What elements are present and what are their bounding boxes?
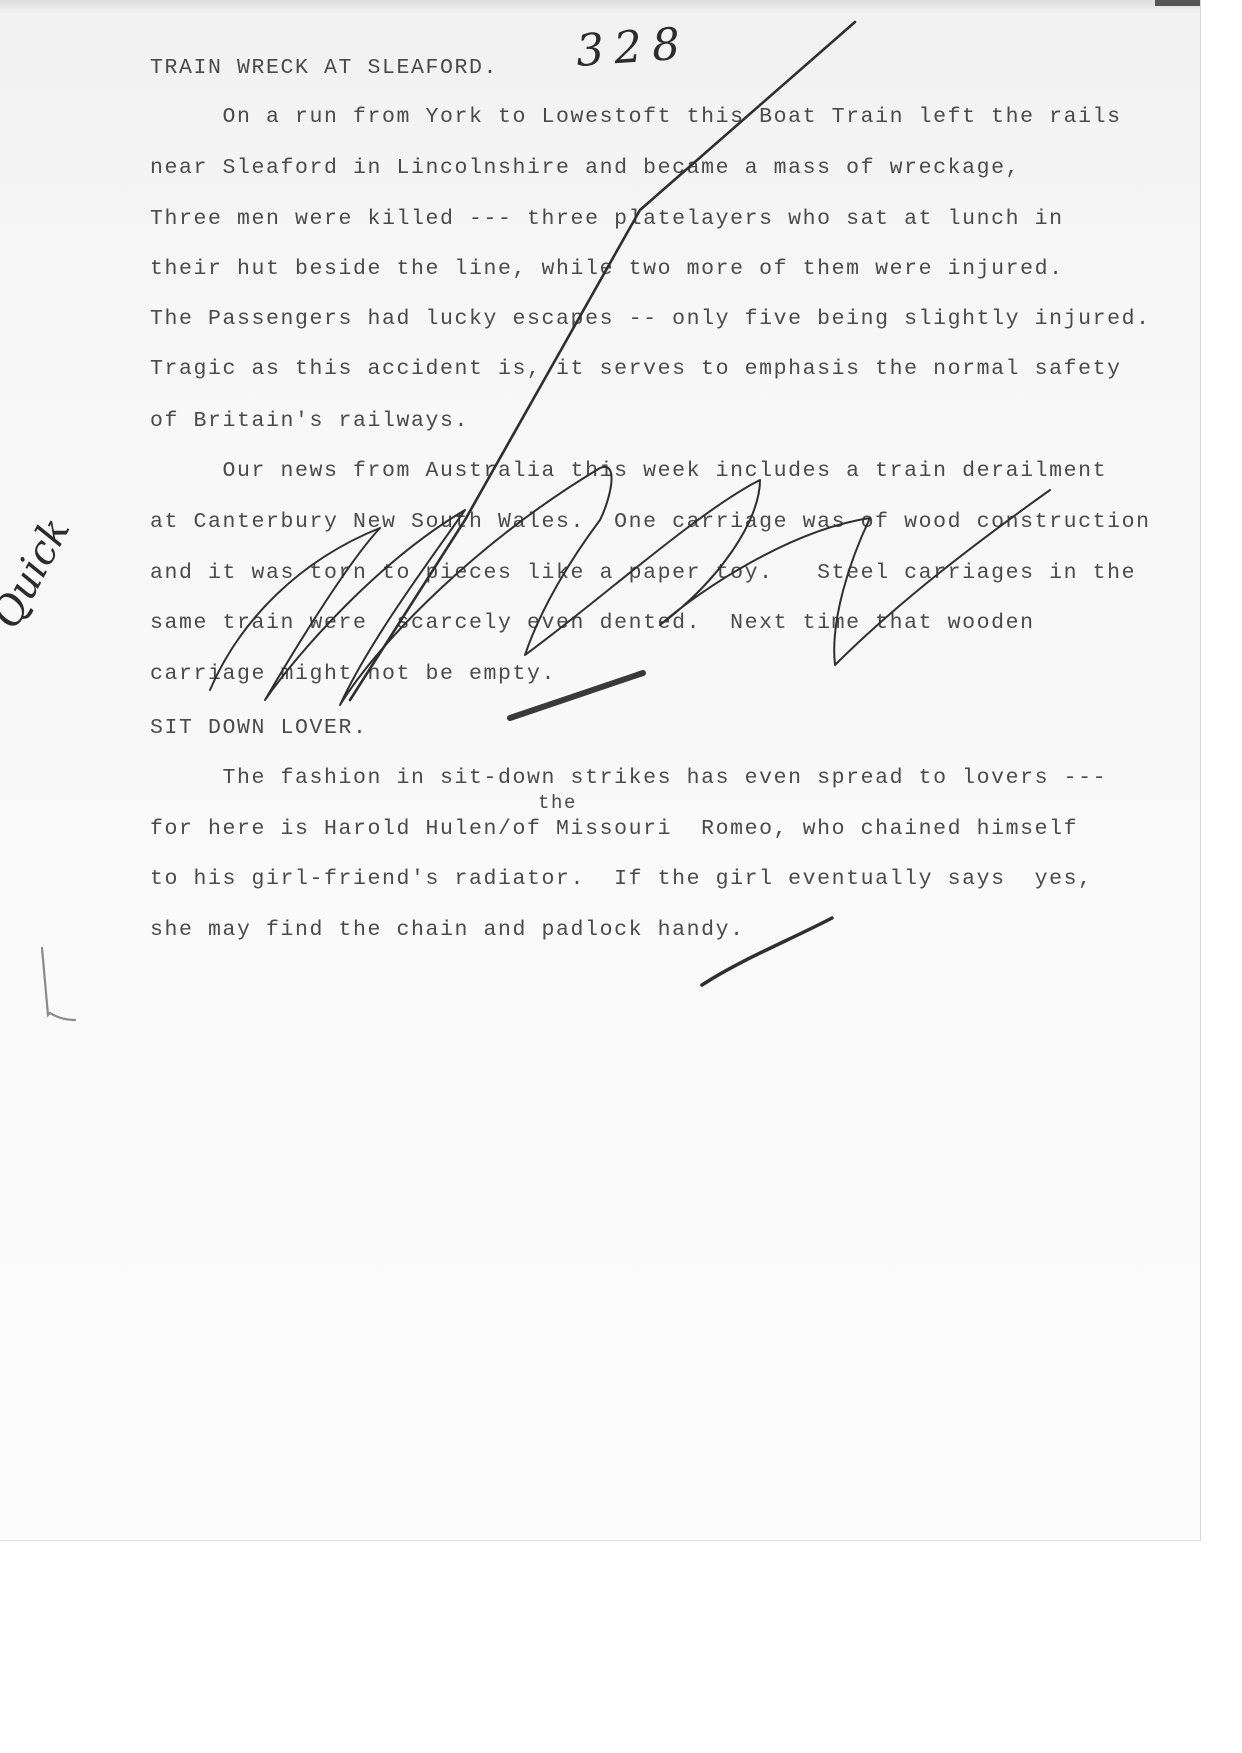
document-page: TRAIN WRECK AT SLEAFORD. 328 On a run fr… xyxy=(0,0,1201,1541)
text-line: near Sleaford in Lincolnshire and became… xyxy=(150,158,1020,180)
text-line: of Britain's railways. xyxy=(150,411,469,433)
paper-corner-mark xyxy=(1155,0,1200,6)
text-line: and it was torn to pieces like a paper t… xyxy=(150,563,1136,585)
text-line: The fashion in sit-down strikes has even… xyxy=(150,768,1107,790)
section-heading-train-wreck: TRAIN WRECK AT SLEAFORD. xyxy=(150,58,498,80)
text-line: same train were scarcely even dented. Ne… xyxy=(150,613,1035,635)
margin-handwritten-note: Quick xyxy=(0,510,79,636)
text-line: carriage might not be empty. xyxy=(150,664,556,686)
text-line: Three men were killed --- three platelay… xyxy=(150,209,1064,231)
handwritten-page-number: 328 xyxy=(574,18,691,77)
interlinear-insertion: the xyxy=(538,794,577,813)
text-line: she may find the chain and padlock handy… xyxy=(150,920,745,942)
scan-top-shadow xyxy=(0,0,1200,14)
text-line: at Canterbury New South Wales. One carri… xyxy=(150,512,1151,534)
section-heading-sit-down-lover: SIT DOWN LOVER. xyxy=(150,718,368,740)
text-line: their hut beside the line, while two mor… xyxy=(150,259,1064,281)
text-line: The Passengers had lucky escapes -- only… xyxy=(150,309,1151,331)
text-line: Tragic as this accident is, it serves to… xyxy=(150,359,1122,381)
text-line: for here is Harold Hulen/of Missouri Rom… xyxy=(150,819,1078,841)
text-line: Our news from Australia this week includ… xyxy=(150,461,1107,483)
text-line: to his girl-friend's radiator. If the gi… xyxy=(150,869,1093,891)
text-line: On a run from York to Lowestoft this Boa… xyxy=(150,107,1122,129)
